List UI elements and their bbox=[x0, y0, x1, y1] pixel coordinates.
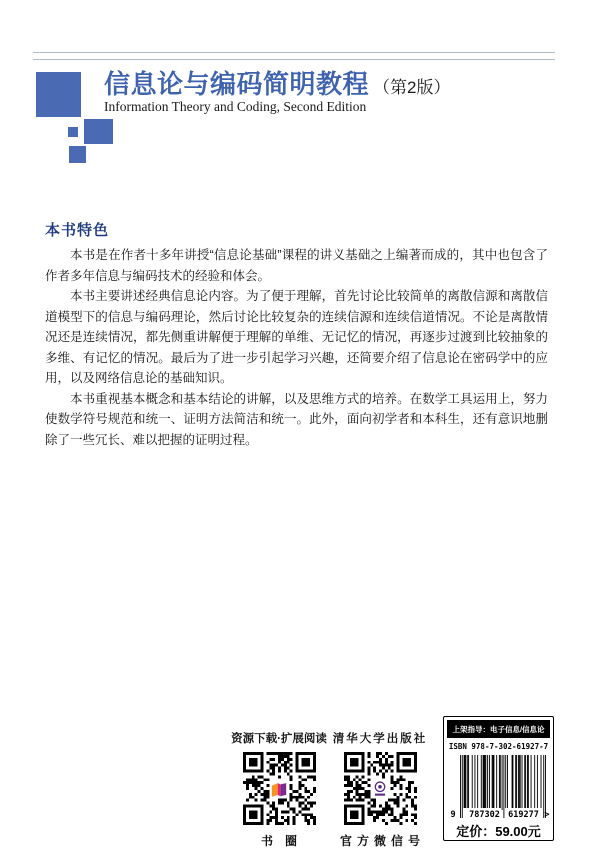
book-title-cn: 信息论与编码简明教程 bbox=[104, 64, 369, 101]
edition-label: （第2版） bbox=[373, 73, 450, 98]
features-heading: 本书特色 bbox=[45, 219, 109, 240]
download-qr-block: 资源下载·扩展阅读 书圈 bbox=[239, 730, 319, 849]
logo-square-tiny bbox=[68, 127, 78, 137]
barcode-left-group: 787302 bbox=[467, 810, 503, 820]
price-box: 上架指导：电子信息/信息论 ISBN 978-7-302-61927-7 9 7… bbox=[443, 716, 554, 841]
barcode-suffix: > bbox=[544, 810, 549, 820]
shelf-guide-banner: 上架指导：电子信息/信息论 bbox=[447, 720, 550, 738]
isbn-label: ISBN 978-7-302-61927-7 bbox=[444, 742, 553, 751]
book-circle-logo-icon bbox=[271, 780, 288, 797]
features-paragraphs: 本书是在作者十多年讲授“信息论基础”课程的讲义基础之上编著而成的，其中也包含了作… bbox=[45, 245, 548, 450]
publisher-qr-block: 清华大学出版社 官方微信号 bbox=[340, 730, 420, 849]
feature-paragraph: 本书是在作者十多年讲授“信息论基础”课程的讲义基础之上编著而成的，其中也包含了作… bbox=[45, 245, 548, 286]
barcode-lead-digit: 9 bbox=[451, 810, 456, 820]
download-qr-label: 资源下载·扩展阅读 bbox=[231, 730, 327, 746]
feature-paragraph: 本书重视基本概念和基本结论的讲解，以及思维方式的培养。在数学工具运用上，努力使数… bbox=[45, 389, 548, 451]
download-qr-code bbox=[243, 752, 316, 825]
barcode-right-group: 619277 bbox=[506, 810, 542, 820]
tsinghua-press-logo-icon bbox=[372, 780, 389, 797]
wechat-caption: 官方微信号 bbox=[340, 832, 425, 849]
ean13-barcode: 9 787302 619277 > bbox=[451, 755, 547, 819]
logo-square-medium bbox=[84, 119, 113, 144]
logo-square-large bbox=[36, 72, 81, 117]
book-circle-caption: 书圈 bbox=[261, 832, 309, 849]
title-row: 信息论与编码简明教程 （第2版） bbox=[104, 64, 450, 101]
price-label: 定价：59.00元 bbox=[444, 821, 553, 840]
book-title-en: Information Theory and Coding, Second Ed… bbox=[104, 99, 366, 115]
feature-paragraph: 本书主要讲述经典信息论内容。为了便于理解，首先讨论比较简单的离散信源和离散信道模… bbox=[45, 286, 548, 389]
publisher-qr-label: 清华大学出版社 bbox=[333, 730, 428, 746]
publisher-qr-code bbox=[344, 752, 417, 825]
top-rule-upper bbox=[33, 52, 555, 53]
book-back-cover: 信息论与编码简明教程 （第2版） Information Theory and … bbox=[0, 0, 600, 864]
logo-square-bottom bbox=[69, 146, 86, 163]
top-rule-lower bbox=[33, 59, 555, 60]
